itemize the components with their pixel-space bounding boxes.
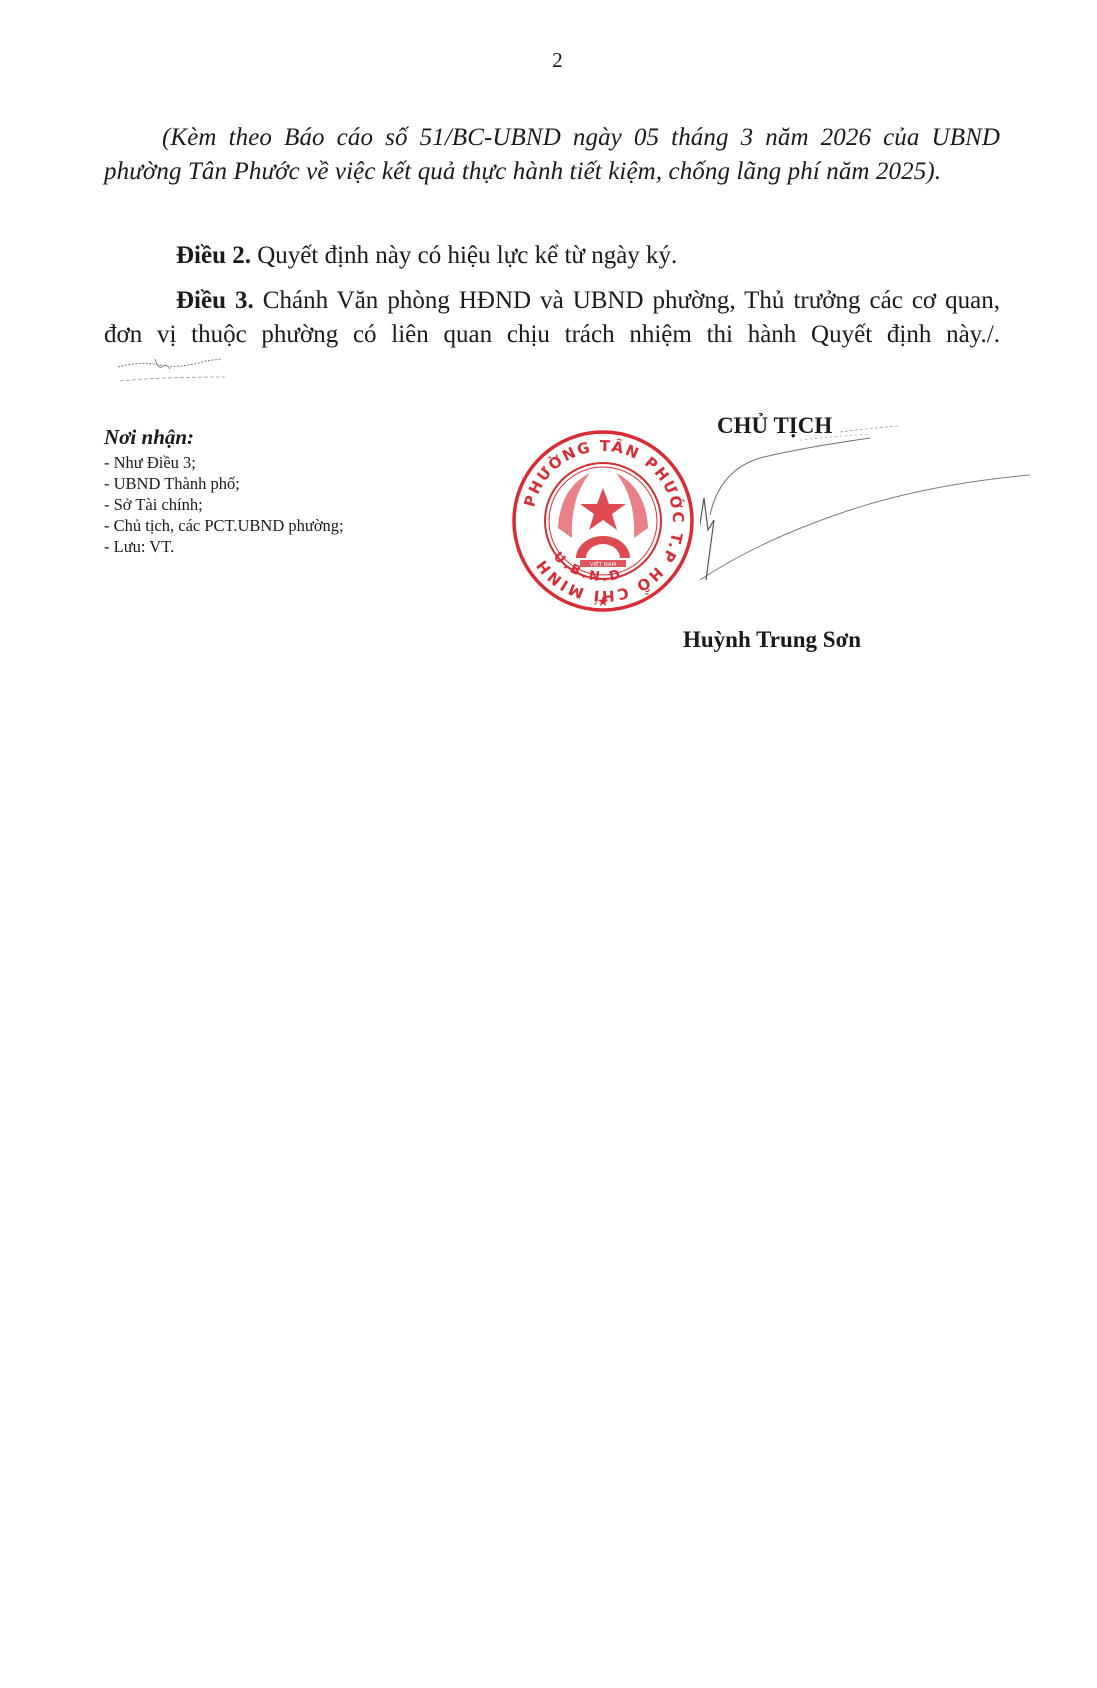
page-number: 2 [0, 48, 1097, 73]
intro-paragraph: (Kèm theo Báo cáo số 51/BC-UBND ngày 05 … [104, 121, 1000, 189]
article-3-label: Điều 3. [176, 287, 254, 314]
recipient-item: - Lưu: VT. [104, 536, 444, 557]
article-2-text: Quyết định này có hiệu lực kể từ ngày ký… [251, 242, 677, 269]
stamp-inner-text: VIỆT NAM [590, 560, 617, 568]
handwritten-signature-icon [700, 420, 1030, 620]
signer-title: CHỦ TỊCH [717, 413, 832, 439]
recipient-item: - UBND Thành phố; [104, 473, 444, 494]
article-2-paragraph: Điều 2. Quyết định này có hiệu lực kể từ… [104, 239, 1000, 273]
signer-name: Huỳnh Trung Sơn [683, 627, 861, 653]
recipient-item: - Như Điều 3; [104, 452, 444, 473]
recipients-title: Nơi nhận: [104, 424, 444, 450]
recipients-list: - Như Điều 3; - UBND Thành phố; - Sở Tài… [104, 452, 444, 557]
recipients-block: Nơi nhận: - Như Điều 3; - UBND Thành phố… [104, 424, 444, 557]
initial-mark-icon [110, 355, 230, 385]
official-stamp-icon: PHƯỜNG TÂN PHƯỚC T.P HỒ CHÍ MINH U.B.N.D… [510, 428, 696, 614]
recipient-item: - Chủ tịch, các PCT.UBND phường; [104, 515, 444, 536]
article-2-label: Điều 2. [176, 242, 251, 269]
article-3-paragraph: Điều 3. Chánh Văn phòng HĐND và UBND phư… [104, 284, 1000, 386]
svg-text:★: ★ [597, 595, 610, 610]
recipient-item: - Sở Tài chính; [104, 494, 444, 515]
